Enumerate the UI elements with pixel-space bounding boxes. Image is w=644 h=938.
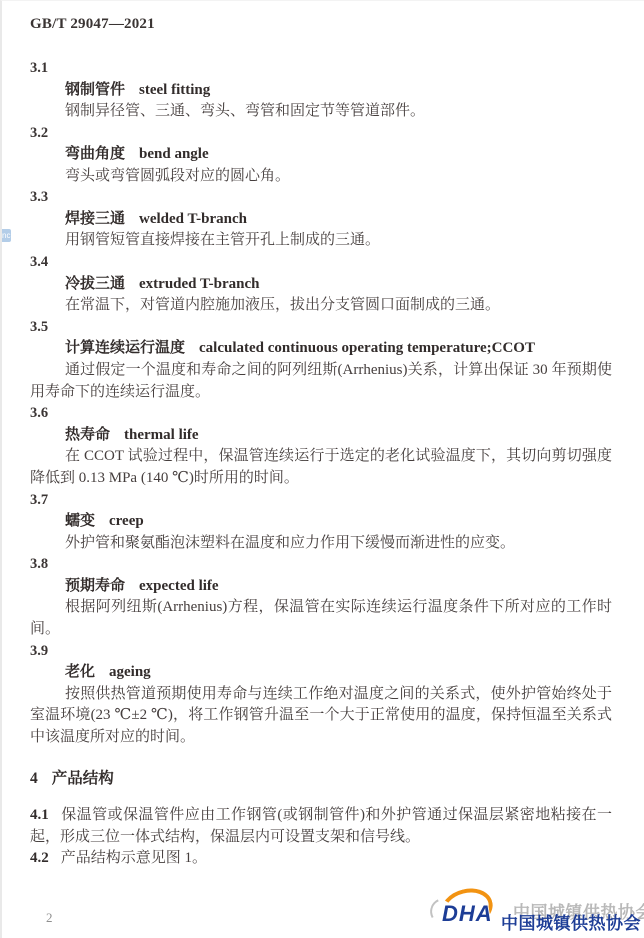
clause-4-2: 4.2产品结构示意见图 1。 [30,848,612,870]
term-zh: 钢制管件 [65,82,125,98]
term-title: 老化ageing [30,662,612,684]
term-number: 3.8 [30,554,612,576]
term-3-3: 3.3 焊接三通welded T-branch 用钢管短管直接焊接在主管开孔上制… [30,187,612,252]
term-definition: 弯头或弯管圆弧段对应的圆心角。 [30,166,612,188]
page-number: 2 [46,910,53,926]
term-definition: 在常温下，对管道内腔施加液压，拔出分支管圆口面制成的三通。 [30,295,612,317]
term-number: 3.9 [30,641,612,663]
term-title: 钢制管件steel fitting [30,80,612,102]
term-en: steel fitting [139,82,210,98]
clause-number: 4 [30,770,38,787]
terms-section: 3.1 钢制管件steel fitting 钢制异径管、三通、弯头、弯管和固定节… [30,58,612,749]
term-number: 3.6 [30,403,612,425]
term-title: 预期寿命expected life [30,576,612,598]
term-title: 热寿命thermal life [30,425,612,447]
term-en: welded T-branch [139,211,247,227]
term-number: 3.3 [30,187,612,209]
clause-item-text: 产品结构示意见图 1。 [61,850,207,866]
term-zh: 冷拔三通 [65,276,125,292]
term-zh: 热寿命 [65,427,110,443]
term-definition: 钢制异径管、三通、弯头、弯管和固定节等管道部件。 [30,101,612,123]
term-definition: 通过假定一个温度和寿命之间的阿列纽斯(Arrhenius)关系，计算出保证 30… [30,360,612,403]
term-en: thermal life [124,427,199,443]
term-number: 3.1 [30,58,612,80]
term-title: 弯曲角度bend angle [30,144,612,166]
term-3-4: 3.4 冷拔三通extruded T-branch 在常温下，对管道内腔施加液压… [30,252,612,317]
term-zh: 焊接三通 [65,211,125,227]
term-definition: 根据阿列纽斯(Arrhenius)方程，保温管在实际连续运行温度条件下所对应的工… [30,597,612,640]
standard-number-header: GB/T 29047—2021 [30,16,612,33]
term-3-2: 3.2 弯曲角度bend angle 弯头或弯管圆弧段对应的圆心角。 [30,123,612,188]
term-3-9: 3.9 老化ageing 按照供热管道预期使用寿命与连续工作绝对温度之间的关系式… [30,641,612,749]
term-number: 3.5 [30,317,612,339]
term-en: bend angle [139,146,209,162]
term-3-8: 3.8 预期寿命expected life 根据阿列纽斯(Arrhenius)方… [30,554,612,640]
term-en: calculated continuous operating temperat… [199,340,535,356]
heating-association-logo: DHA 中国城镇供热协会 中国城镇供热协会 [429,888,634,938]
term-definition: 在 CCOT 试验过程中，保温管连续运行于选定的老化试验温度下，其切向剪切强度降… [30,446,612,489]
clause-item-number: 4.1 [30,807,49,823]
term-zh: 蠕变 [65,513,95,529]
clause-item-text: 保温管或保温管件应由工作钢管(或钢制管件)和外护管通过保温层紧密地粘接在一起，形… [30,807,612,845]
term-title: 蠕变creep [30,511,612,533]
clipped-edge-chip[interactable]: nc [2,229,11,242]
logo-association-name: 中国城镇供热协会 [501,909,641,934]
term-en: ageing [109,664,151,680]
term-number: 3.7 [30,490,612,512]
term-definition: 外护管和聚氨酯泡沫塑料在温度和应力作用下缓慢而渐进性的应变。 [30,533,612,555]
page-content: GB/T 29047—2021 3.1 钢制管件steel fitting 钢制… [2,1,644,870]
term-zh: 弯曲角度 [65,146,125,162]
term-en: extruded T-branch [139,276,259,292]
term-definition: 用钢管短管直接焊接在主管开孔上制成的三通。 [30,230,612,252]
clause-item-number: 4.2 [30,850,49,866]
clause-4-heading: 4产品结构 [30,768,612,790]
term-en: creep [109,513,144,529]
term-3-7: 3.7 蠕变creep 外护管和聚氨酯泡沫塑料在温度和应力作用下缓慢而渐进性的应… [30,490,612,555]
clause-4-1: 4.1保温管或保温管件应由工作钢管(或钢制管件)和外护管通过保温层紧密地粘接在一… [30,805,612,848]
term-zh: 计算连续运行温度 [65,340,185,356]
term-number: 3.2 [30,123,612,145]
term-en: expected life [139,578,219,594]
clause-title: 产品结构 [52,770,114,787]
logo-abbr-text: DHA [442,901,493,927]
term-zh: 老化 [65,664,95,680]
term-title: 计算连续运行温度calculated continuous operating … [30,338,612,360]
term-zh: 预期寿命 [65,578,125,594]
term-definition: 按照供热管道预期使用寿命与连续工作绝对温度之间的关系式，使外护管始终处于室温环境… [30,684,612,749]
term-title: 焊接三通welded T-branch [30,209,612,231]
term-3-1: 3.1 钢制管件steel fitting 钢制异径管、三通、弯头、弯管和固定节… [30,58,612,123]
term-3-6: 3.6 热寿命thermal life 在 CCOT 试验过程中，保温管连续运行… [30,403,612,489]
term-3-5: 3.5 计算连续运行温度calculated continuous operat… [30,317,612,403]
term-number: 3.4 [30,252,612,274]
term-title: 冷拔三通extruded T-branch [30,274,612,296]
document-page: GB/T 29047—2021 3.1 钢制管件steel fitting 钢制… [0,0,644,938]
